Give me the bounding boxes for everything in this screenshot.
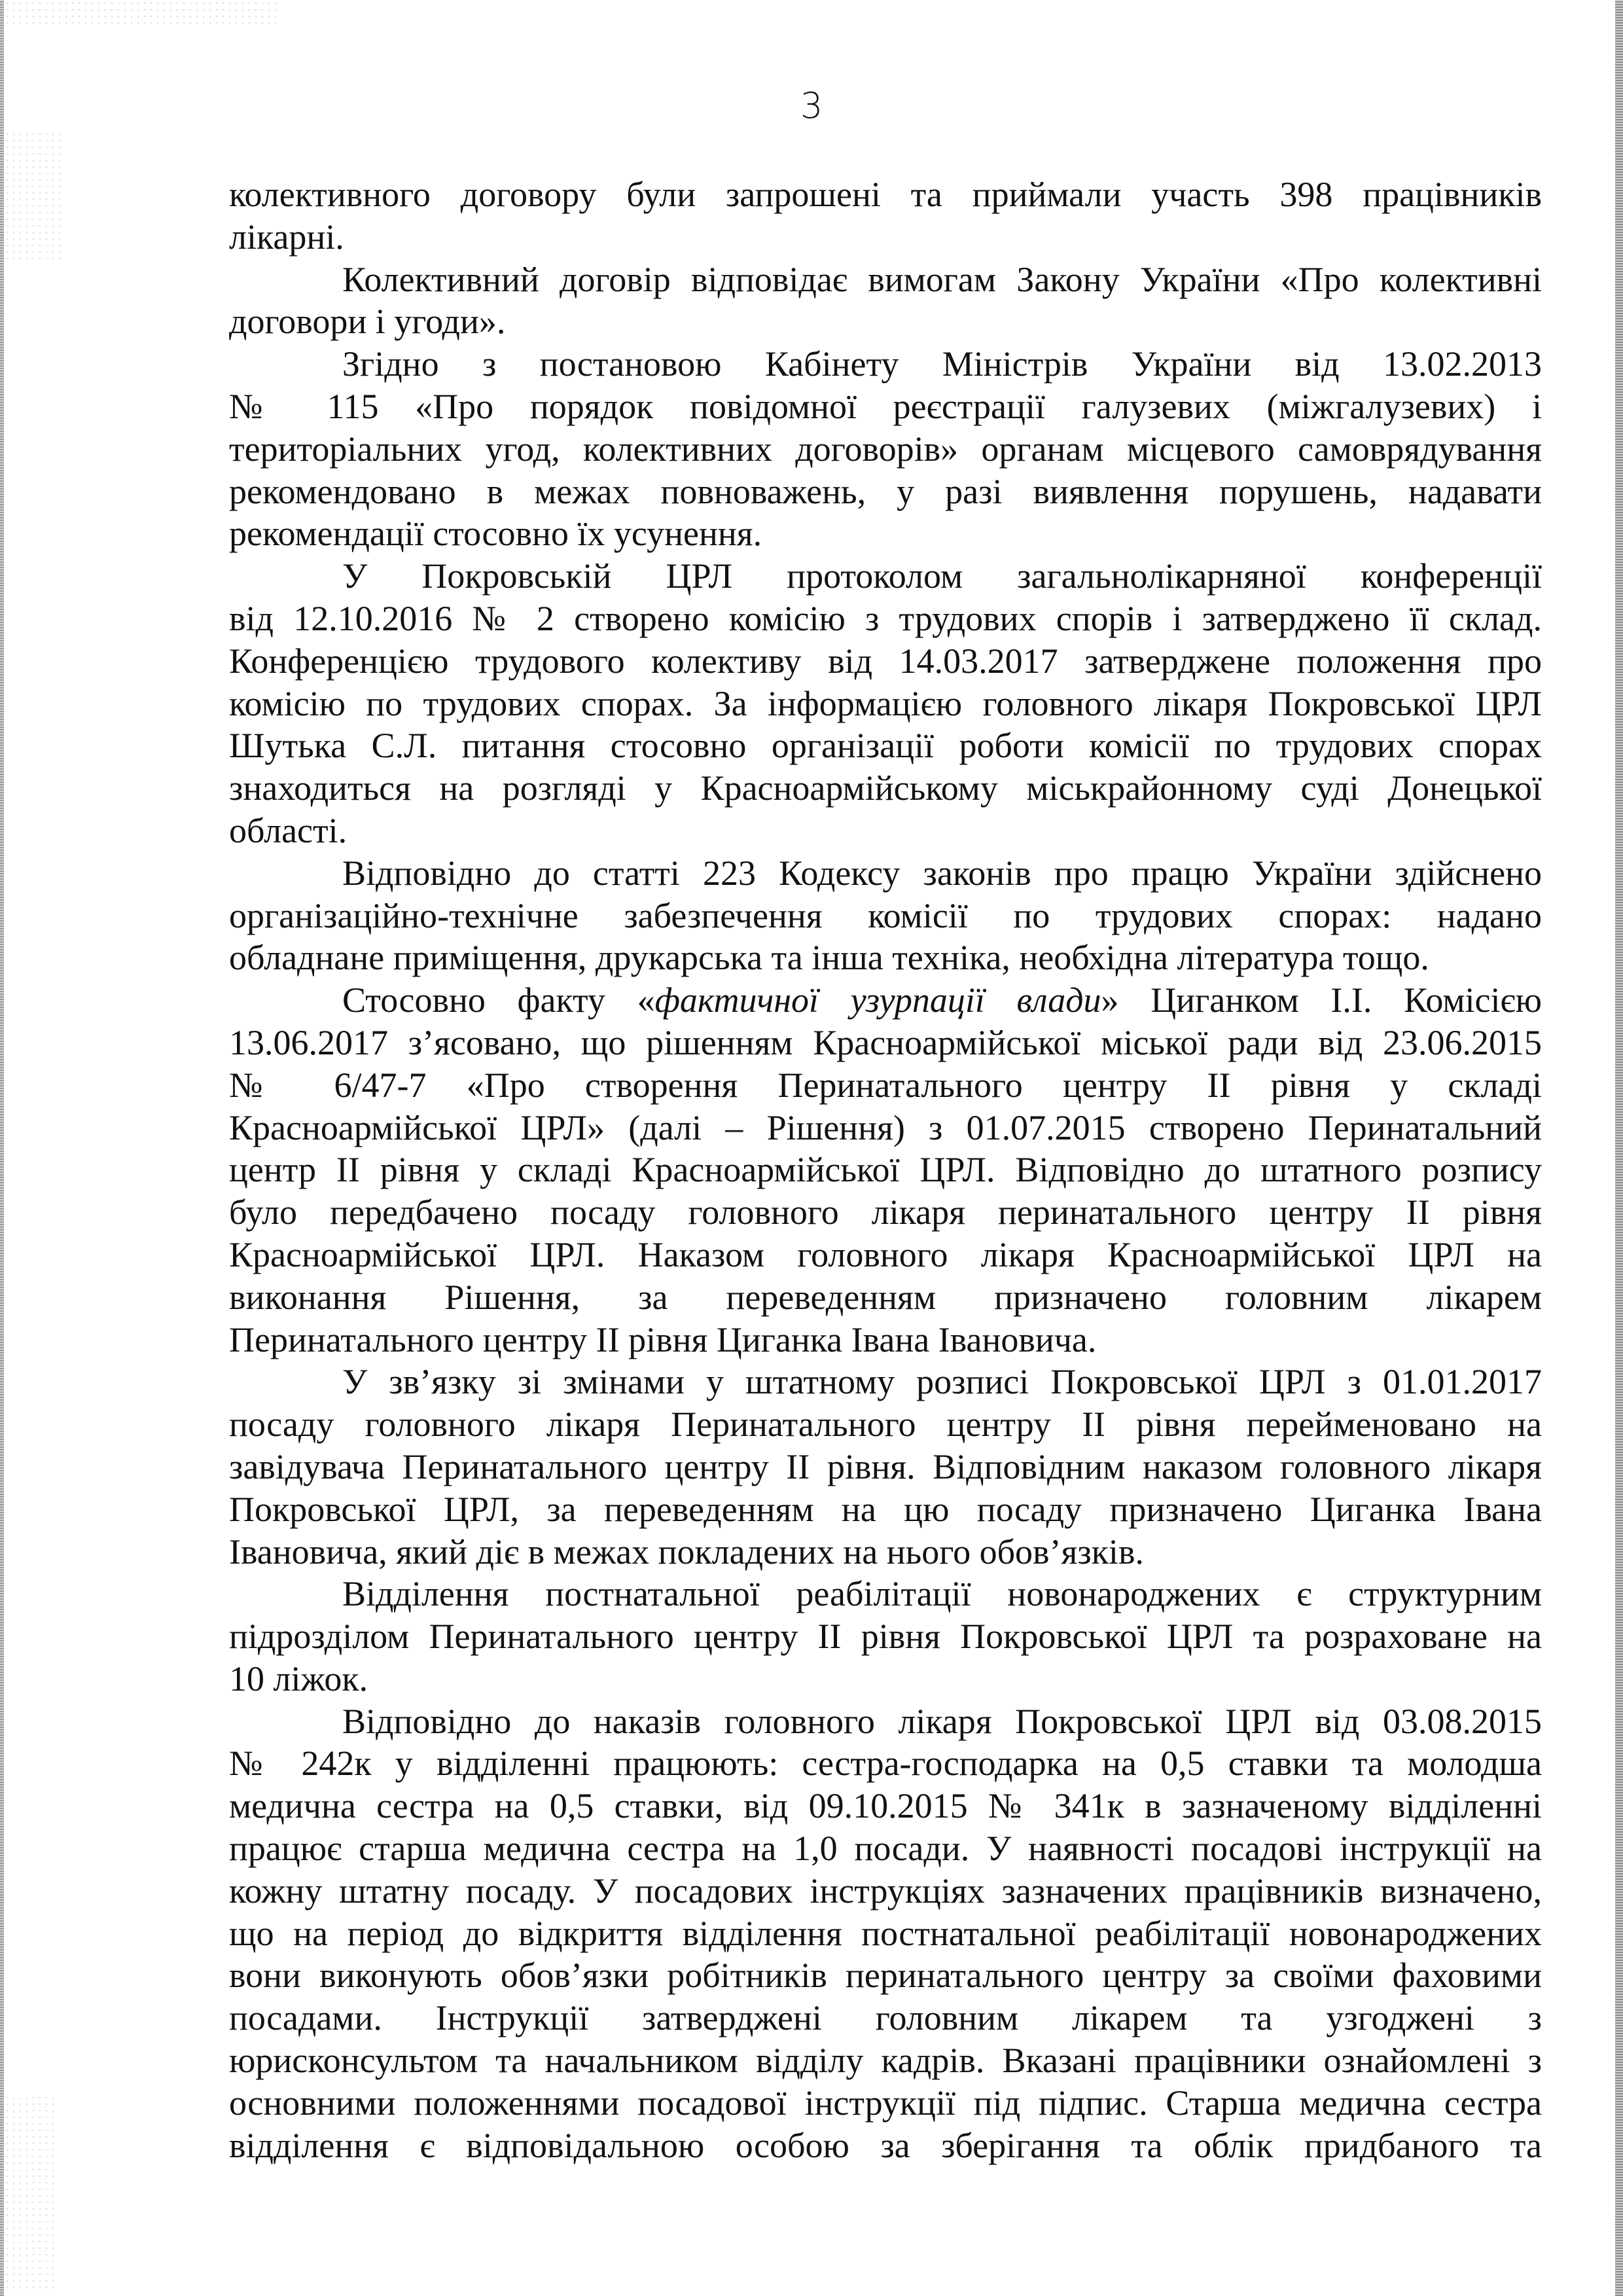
text-line: № 242к у відділенні працюють: сестра-гос… (229, 1742, 1542, 1785)
italic-quote: фактичної узурпації влади (655, 980, 1101, 1020)
paragraph: У зв’язку зі змінами у штатному розписі … (229, 1361, 1542, 1573)
text-line: від 12.10.2016 № 2 створено комісію з тр… (229, 598, 1542, 640)
text-run: Стосовно факту « (342, 980, 655, 1020)
text-line: посаду головного лікаря Перинатального ц… (229, 1403, 1542, 1446)
text-line: Відповідно до статті 223 Кодексу законів… (229, 852, 1542, 895)
text-line: У Покровській ЦРЛ протоколом загальнолік… (229, 555, 1542, 598)
text-line: Красноармійської ЦРЛ. Наказом головного … (229, 1234, 1542, 1276)
text-line: відділення є відповідальною особою за зб… (229, 2125, 1542, 2167)
text-line: рекомендації стосовно їх усунення. (229, 512, 1542, 555)
scan-edge-left (0, 0, 4, 2296)
text-line: Красноармійської ЦРЛ» (далі – Рішення) з… (229, 1107, 1542, 1149)
text-line: Покровської ЦРЛ, за переведенням на цю п… (229, 1488, 1542, 1531)
scan-edge-right (1615, 0, 1623, 2296)
paragraph: У Покровській ЦРЛ протоколом загальнолік… (229, 555, 1542, 852)
text-line: Відповідно до наказів головного лікаря П… (229, 1700, 1542, 1743)
text-line: завідувача Перинатального центру ІІ рівн… (229, 1446, 1542, 1488)
text-line: комісію по трудових спорах. За інформаці… (229, 683, 1542, 725)
paragraph: Відповідно до статті 223 Кодексу законів… (229, 852, 1542, 979)
page-number: 3 (0, 85, 1623, 127)
text-line: Шутька С.Л. питання стосовно організації… (229, 725, 1542, 767)
text-line: підрозділом Перинатального центру ІІ рів… (229, 1615, 1542, 1658)
text-line: Згідно з постановою Кабінету Міністрів У… (229, 343, 1542, 386)
text-line: 13.06.2017 з’ясовано, що рішенням Красно… (229, 1022, 1542, 1064)
text-line: № 115 «Про порядок повідомної реєстрації… (229, 386, 1542, 428)
text-line: що на період до відкриття відділення пос… (229, 1912, 1542, 1955)
text-line: виконання Рішення, за переведенням призн… (229, 1276, 1542, 1319)
text-line: Стосовно факту «фактичної узурпації влад… (229, 979, 1542, 1022)
text-line: колективного договору були запрошені та … (229, 173, 1542, 216)
text-line: Колективний договір відповідає вимогам З… (229, 259, 1542, 301)
text-run: » Циганком І.І. Комісією (1101, 980, 1542, 1020)
document-body: колективного договору були запрошені та … (229, 173, 1542, 2166)
text-line: юрисконсультом та начальником відділу ка… (229, 2039, 1542, 2082)
text-line: № 6/47-7 «Про створення Перинатального ц… (229, 1064, 1542, 1107)
text-line: кожну штатну посаду. У посадових інструк… (229, 1870, 1542, 1912)
paragraph: колективного договору були запрошені та … (229, 173, 1542, 259)
text-line: Конференцією трудового колективу від 14.… (229, 640, 1542, 683)
text-line: центр ІІ рівня у складі Красноармійської… (229, 1149, 1542, 1191)
scan-noise (4, 131, 63, 262)
text-line: У зв’язку зі змінами у штатному розписі … (229, 1361, 1542, 1403)
text-line: договори і угоди». (229, 300, 1542, 343)
text-line: Відділення постнатальної реабілітації но… (229, 1573, 1542, 1615)
text-line: Івановича, який діє в межах покладених н… (229, 1531, 1542, 1573)
paragraph: Відповідно до наказів головного лікаря П… (229, 1700, 1542, 2167)
document-page: 3 колективного договору були запрошені т… (0, 0, 1623, 2296)
text-line: працює старша медична сестра на 1,0 поса… (229, 1827, 1542, 1870)
text-line: лікарні. (229, 216, 1542, 259)
paragraph: Колективний договір відповідає вимогам З… (229, 259, 1542, 344)
text-line: Перинатального центру ІІ рівня Циганка І… (229, 1319, 1542, 1361)
text-line: вони виконують обов’язки робітників пери… (229, 1954, 1542, 1997)
text-line: знаходиться на розгляді у Красноармійськ… (229, 767, 1542, 810)
paragraph: Стосовно факту «фактичної узурпації влад… (229, 979, 1542, 1361)
paragraph: Згідно з постановою Кабінету Міністрів У… (229, 343, 1542, 555)
text-line: територіальних угод, колективних договор… (229, 428, 1542, 471)
text-line: рекомендовано в межах повноважень, у раз… (229, 471, 1542, 513)
text-line: організаційно-технічне забезпечення комі… (229, 895, 1542, 937)
text-line: основними положеннями посадової інструкц… (229, 2082, 1542, 2125)
text-line: 10 ліжок. (229, 1658, 1542, 1700)
text-line: було передбачено посаду головного лікаря… (229, 1191, 1542, 1234)
scan-noise (4, 2094, 56, 2291)
text-line: медична сестра на 0,5 ставки, від 09.10.… (229, 1785, 1542, 1827)
text-line: області. (229, 810, 1542, 852)
paragraph: Відділення постнатальної реабілітації но… (229, 1573, 1542, 1700)
scan-noise (4, 0, 279, 26)
text-line: посадами. Інструкції затверджені головни… (229, 1997, 1542, 2039)
text-line: обладнане приміщення, друкарська та інша… (229, 937, 1542, 979)
